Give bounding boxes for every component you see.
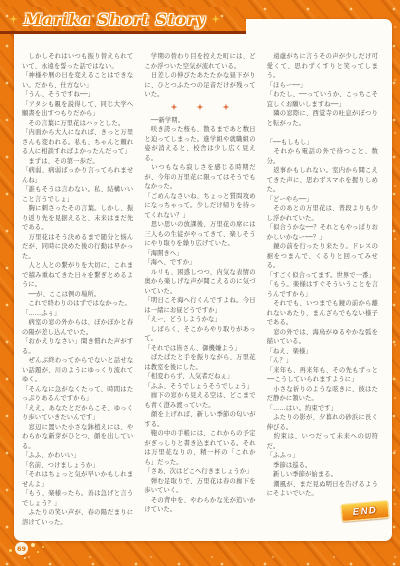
page-title: Marika Short Story — [24, 10, 205, 29]
story-paragraph: しばらく、そこからやり取りがあって。 — [144, 325, 255, 344]
story-paragraph: 日差しの伸びたあたたかな昼下がりに、ひとつふたつの足音だけが残っていた。 — [144, 71, 255, 100]
story-paragraph: 「それでは皆さん、御機嫌よう」 — [144, 344, 255, 354]
title-banner: Marika Short Story — [0, 7, 246, 34]
story-paragraph: その言葉に万里花はハッとした。 — [22, 119, 133, 129]
story-paragraph: 鞄の中の手帳には、これからの予定がぎっしりと書き込まれている。それは万里花なりの… — [144, 429, 255, 467]
story-paragraph: 「名前、つけましょうか」 — [22, 461, 133, 471]
title-star-right-icon — [211, 15, 220, 24]
story-paragraph: 「……ふぅ」 — [22, 309, 133, 319]
sparkle-icon — [24, 557, 26, 559]
story-paragraph: まずは、その第一歩だ。 — [22, 157, 133, 167]
sparkle-icon — [42, 546, 44, 548]
story-paragraph: 「ふふっ」 — [267, 451, 378, 461]
story-paragraph: 窓辺に置いた小さな鉢植えには、やわらかな新芽がひとつ、顔を出している。 — [22, 423, 133, 452]
page-number: 69 — [17, 545, 26, 553]
story-paragraph: 「おかえりなさい」聞き慣れた声がする。 — [22, 337, 133, 356]
story-paragraph: 「わたし、──っていうか、こっちこそ宜しくお願いしますね──」 — [267, 90, 378, 109]
story-paragraph: 「もう。楽様はすぐそういうことを言うんですから」 — [267, 280, 378, 299]
story-paragraph: 「ねえ、楽様」 — [267, 347, 378, 357]
story-paragraph: 廊下の窓から見える空は、どこまでも青く澄み渡っていた。 — [144, 391, 255, 410]
story-paragraph: 学期の替わり目を控えた町には、どこか浮ついた空気が流れている。 — [144, 52, 255, 71]
story-paragraph: 顔を上げれば、新しい季節の匂いがする。 — [144, 410, 255, 429]
story-column-2: 学期の替わり目を控えた町には、どこか浮ついた空気が流れている。 日差しの伸びたあ… — [144, 52, 255, 531]
story-paragraph: ぱたぱたと手を振りながら、万里花は教室を後にした。 — [144, 353, 255, 372]
story-paragraph: これで終わりのはずではなかった。 — [22, 299, 133, 309]
section-divider — [144, 104, 255, 111]
story-paragraph: 弾む足取りで、万里花は春の廊下を歩いていく。 — [144, 477, 255, 496]
story-paragraph: 鏡の前を行ったり来たり。ドレスの裾をつまんで、くるりと回ってみせる。 — [267, 242, 378, 271]
story-paragraph: いつもなら寂しさを感じる時期だが、今年の万里花に限ってはそうでもなかった。 — [144, 163, 255, 192]
magazine-page: { "header": { "title": "Marika Short Sto… — [0, 0, 400, 566]
story-paragraph: 「病弱、病弱ばっかり言ってられませんね」 — [22, 166, 133, 185]
story-paragraph: 約束は、いつだって未来への切符だ。 — [267, 432, 378, 451]
story-paragraph: 人と人との繋がりを大切に、これまで積み重ねてきた日々を繋ぎとめるように。 — [22, 261, 133, 290]
story-paragraph: 咲き誇った桜も、散るまであと数日と迫ってしまった。進学組や就職組の姿が消えると、… — [144, 125, 255, 163]
story-paragraph: ルリも、困惑しつつ、内気な表情の奥から楽しげな声が聞こえるのに気づいていた。 — [144, 268, 255, 297]
story-paragraph: 「それはちょっと気が早いかもしれませんよ」 — [22, 470, 133, 489]
story-paragraph: 「アタシも親を説得して、同じ大学へ願書を出すつもりだから」 — [22, 100, 133, 119]
story-column-3: 遠慮がちに言うその声が少しだけ可愛くて、思わずくすりと笑ってしまう。「ほらー──… — [267, 52, 378, 531]
story-column-2-top: 学期の替わり目を控えた町には、どこか浮ついた空気が流れている。 日差しの伸びたあ… — [144, 52, 255, 100]
end-label: END — [352, 504, 377, 517]
story-paragraph: 「ふふ、そうでしょうそうでしょう」 — [144, 382, 255, 392]
story-paragraph: 万里花はそう決めるまで随分と悩んだが、同時に決めた後の行動は早かった。 — [22, 233, 133, 262]
story-paragraph: ──新学期。 — [144, 116, 255, 126]
story-paragraph: 遠慮がちに言うその声が少しだけ可愛くて、思わずくすりと笑ってしまう。 — [267, 52, 378, 81]
story-paragraph: ふたりの影が、夕暮れの砂浜に長く伸びる。 — [267, 413, 378, 432]
story-paragraph: 「ん？」 — [267, 356, 378, 366]
story-paragraph: 返事かもしれない。室内から聞こえてきた声に、思わずスマホを握りしめた。 — [267, 166, 378, 195]
divider-star-icon — [196, 104, 203, 111]
story-paragraph: 「えー、どうしようかな」 — [144, 315, 255, 325]
story-paragraph: 「明日こそ海へ行くんですよね。今日は一緒にお昼どうですか」 — [144, 296, 255, 315]
sparkle-icon — [37, 551, 39, 553]
story-paragraph: 病室の窓の外からは、ぽかぽかと春の陽が差し込んでいた。 — [22, 318, 133, 337]
story-paragraph: 「うん、そうですね──」 — [22, 90, 133, 100]
story-paragraph: 「内面から大人になれば、きっと万里さんも変われる。私も、ちゃんと頼れる人に相談す… — [22, 128, 133, 157]
story-paragraph: 隣の窓際に、西覚寺の吐息がぽつりと転がった。 — [267, 109, 378, 128]
story-paragraph: そのあとの万里花は、普段よりも少し浮かれていた。 — [267, 204, 378, 223]
divider-star-icon — [222, 104, 229, 111]
story-paragraph: 新しい季節が始まる。 — [267, 470, 378, 480]
story-paragraph: 「相変わらず、人気者だねぇ」 — [144, 372, 255, 382]
story-paragraph: 「神様や暦の日を変えることはできない。だから、仕方ない」 — [22, 71, 133, 90]
story-paragraph: 「もう、楽様ったら。善は急げと言うでしょう？」 — [22, 489, 133, 508]
story-paragraph: 「ふふ、かわいい」 — [22, 451, 133, 461]
story-paragraph: 「そんなに急がなくたって、時間はたっぷりあるんですから」 — [22, 385, 133, 404]
story-paragraph: 「ほらー──」 — [267, 81, 378, 91]
story-paragraph: 「来年も、再来年も、その先もずっと──こうしていられますように」 — [267, 366, 378, 385]
sparkle-icon — [31, 543, 35, 547]
sparkle-icon — [9, 549, 12, 552]
story-paragraph: ──が、ここは例の場所。 — [22, 290, 133, 300]
story-paragraph: 潮風が、まだ見ぬ明日を告げるようにそよいでいた。 — [267, 480, 378, 499]
story-columns: しかしそれはいつも振り替えられていて、永遠を誓った話ではない。「神様や暦の日を変… — [22, 52, 378, 531]
story-paragraph: それから電話の外で待つこと、数分。 — [267, 147, 378, 166]
story-paragraph: 季節は巡る。 — [267, 461, 378, 471]
story-paragraph: しかしそれはいつも振り替えられていて、永遠を誓った話ではない。 — [22, 52, 133, 71]
story-paragraph: 胸に刺さったその言葉。しかし、振り返り先を見据えると、未来はまだ先である。 — [22, 204, 133, 233]
divider-star-icon — [170, 104, 177, 111]
title-star-left-icon — [9, 15, 18, 24]
story-paragraph: 「似合うかな──？それともやっぱりおかしいかなー──？」 — [267, 223, 378, 242]
story-paragraph: 「誰もそうは言わない。私、結構いいこと言うでしょ」 — [22, 185, 133, 204]
story-paragraph — [267, 128, 378, 138]
story-paragraph: 「海へ、ですか」 — [144, 258, 255, 268]
story-column-2-bottom: ──新学期。 咲き誇った桜も、散るまであと数日と迫ってしまった。進学組や就職組の… — [144, 116, 255, 515]
story-paragraph: 「ええ。あなたとだからこそ、ゆっくり歩いていきたいんです」 — [22, 404, 133, 423]
story-paragraph: 「──もしもし」 — [267, 138, 378, 148]
story-paragraph: 窓の外では、海鳥がゆるやかな弧を描いている。 — [267, 328, 378, 347]
story-paragraph: ふたりの笑い声が、春の陽だまりに溶けていった。 — [22, 508, 133, 527]
story-paragraph: それでも、いつまでも鏡の前から離れないあたり、まんざらでもない様子である。 — [267, 299, 378, 328]
story-paragraph: 小さな祈りのような呟きに、彼はただ静かに頷いた。 — [267, 385, 378, 404]
story-paragraph: 「……はい。約束です」 — [267, 404, 378, 414]
story-paragraph: 「ごめんなさいね、ちょっと質問攻めになっちゃって。少しだけ帰りを待ってくれない？… — [144, 192, 255, 221]
story-column-1: しかしそれはいつも振り替えられていて、永遠を誓った話ではない。「神様や暦の日を変… — [22, 52, 133, 531]
story-paragraph: 「すごく似合ってます。世界で一番」 — [267, 271, 378, 281]
story-paragraph: その背中を、やわらかな光が追いかけていた。 — [144, 496, 255, 515]
story-paragraph: 「海開きへ」 — [144, 249, 255, 259]
story-paragraph: 「どーやら──」 — [267, 195, 378, 205]
page-number-badge: 69 — [15, 542, 28, 555]
story-paragraph: 思い思いの放課後、万里花の席には三人もの生徒がやってきて、楽しそうにやり取りを繰… — [144, 220, 255, 249]
story-paragraph: 「さあ、次はどこへ行きましょうか」 — [144, 467, 255, 477]
story-paragraph: ぜんぶ終わってからでないと話せない話題が、川のようにゆっくり流れてゆく。 — [22, 356, 133, 385]
